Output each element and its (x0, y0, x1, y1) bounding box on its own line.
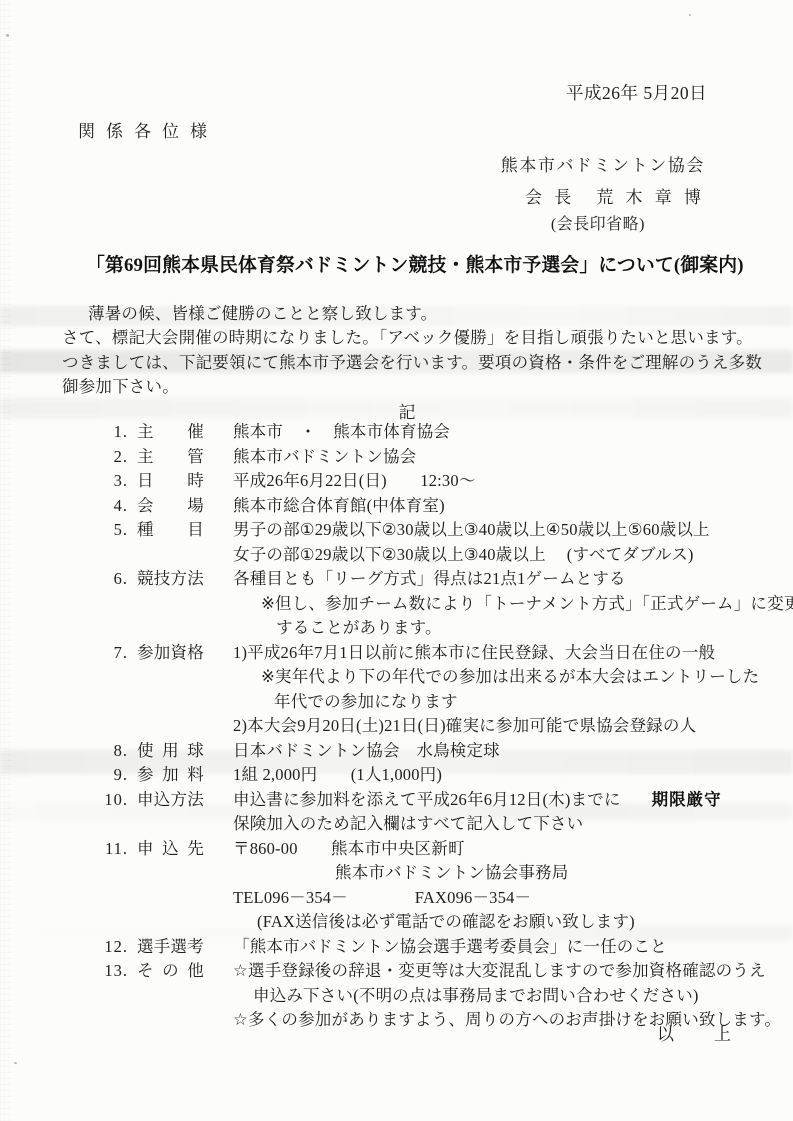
list-item: 5.種目男子の部①29歳以下②30歳以上③40歳以上④50歳以上⑤60歳以上女子… (0, 518, 793, 567)
item-number: 12. (0, 935, 128, 960)
item-line: (FAX送信後は必ず電話での確認をお願い致します) (257, 910, 793, 935)
sender-president: 会 長 荒 木 章 博 (501, 187, 705, 208)
item-number: 10. (0, 788, 128, 813)
item-content: 1組 2,000円 (1人1,000円) (233, 763, 793, 788)
item-number: 1. (0, 420, 128, 445)
item-content: 各種目とも「リーグ方式」得点は21点1ゲームとする※但し、参加チーム数により「ト… (233, 567, 793, 641)
list-item: 9.参加料1組 2,000円 (1人1,000円) (0, 763, 793, 788)
list-item: 6.競技方法各種目とも「リーグ方式」得点は21点1ゲームとする※但し、参加チーム… (0, 567, 793, 641)
item-line-text: 申込書に参加料を添えて平成26年6月12日(木)までに (233, 790, 621, 809)
list-item: 11.申込先〒860-00 熊本市中央区新町熊本市バドミントン協会事務局TEL0… (0, 837, 793, 935)
item-number: 13. (0, 959, 128, 984)
list-item: 3.日時平成26年6月22日(日) 12:30～ (0, 469, 793, 494)
item-line-text: ※但し、参加チーム数により「トーナメント方式」「正式ゲーム」に変更 (261, 594, 793, 613)
item-line: ※実年代より下の年代での参加は出来るが本大会はエントリーした (261, 665, 793, 690)
item-line-text: ※実年代より下の年代での参加は出来るが本大会はエントリーした (261, 667, 759, 686)
item-number: 5. (0, 518, 128, 543)
item-line: 〒860-00 熊本市中央区新町 (233, 837, 793, 862)
deadline-emphasis: 期限厳守 (652, 790, 722, 809)
item-number: 4. (0, 494, 128, 519)
item-line: 平成26年6月22日(日) 12:30～ (233, 469, 793, 494)
intro-line: つきましては、下記要領にて熊本市予選会を行います。要項の資格・条件をご理解のうえ… (62, 351, 762, 375)
item-label: 参加料 (137, 763, 204, 788)
item-label: 会場 (137, 494, 204, 519)
item-content: 1)平成26年7月1日以前に熊本市に住民登録、大会当日在住の一般※実年代より下の… (233, 641, 793, 739)
item-line-text: 〒860-00 熊本市中央区新町 (233, 839, 465, 858)
item-content: 「熊本市バドミントン協会選手選考委員会」に一任のこと (233, 935, 793, 960)
item-line: 熊本市 ・ 熊本市体育協会 (233, 420, 793, 445)
item-content: 男子の部①29歳以下②30歳以上③40歳以上④50歳以上⑤60歳以上女子の部①2… (233, 518, 793, 567)
item-line-text: TEL096－354－ FAX096－354－ (233, 888, 531, 907)
list-item: 8.使用球日本バドミントン協会 水鳥検定球 (0, 739, 793, 764)
item-number: 9. (0, 763, 128, 788)
item-line-text: することがあります。 (276, 618, 442, 637)
scan-speck (689, 14, 691, 16)
document-page: 平成26年 5月20日 関係各位様 熊本市バドミントン協会 会 長 荒 木 章 … (0, 0, 793, 1121)
item-line-text: 各種目とも「リーグ方式」得点は21点1ゲームとする (233, 569, 626, 588)
item-line: 保険加入のため記入欄はすべて記入して下さい (233, 812, 793, 837)
list-item: 4.会場熊本市総合体育館(中体育室) (0, 494, 793, 519)
item-line: 男子の部①29歳以下②30歳以上③40歳以上④50歳以上⑤60歳以上 (233, 518, 793, 543)
item-number: 3. (0, 469, 128, 494)
intro-line: 御参加下さい。 (62, 375, 762, 399)
item-line: 女子の部①29歳以下②30歳以上③40歳以上 (すべてダブルス) (233, 543, 793, 568)
item-line: することがあります。 (276, 616, 793, 641)
item-content: 平成26年6月22日(日) 12:30～ (233, 469, 793, 494)
item-label: 主管 (137, 445, 204, 470)
closing-mark: 以 上 (657, 1020, 733, 1045)
item-label: 使用球 (137, 739, 204, 764)
item-label: 主催 (137, 420, 204, 445)
item-line: 1)平成26年7月1日以前に熊本市に住民登録、大会当日在住の一般 (233, 641, 793, 666)
item-line-text: 熊本市バドミントン協会事務局 (335, 863, 568, 882)
item-label: その他 (137, 959, 204, 984)
item-label: 日時 (137, 469, 204, 494)
item-line: 日本バドミントン協会 水鳥検定球 (233, 739, 793, 764)
item-label: 選手選考 (137, 935, 204, 960)
item-line-text: 2)本大会9月20日(土)21日(日)確実に参加可能で県協会登録の人 (233, 716, 696, 735)
item-line: 熊本市バドミントン協会 (233, 445, 793, 470)
item-line-text: 「熊本市バドミントン協会選手選考委員会」に一任のこと (233, 937, 667, 956)
item-line: 各種目とも「リーグ方式」得点は21点1ゲームとする (233, 567, 793, 592)
item-number: 6. (0, 567, 128, 592)
item-line: 熊本市バドミントン協会事務局 (335, 861, 793, 886)
items-list: 1.主催熊本市 ・ 熊本市体育協会2.主管熊本市バドミントン協会3.日時平成26… (0, 420, 793, 1033)
list-item: 2.主管熊本市バドミントン協会 (0, 445, 793, 470)
list-item: 12.選手選考「熊本市バドミントン協会選手選考委員会」に一任のこと (0, 935, 793, 960)
item-content: 〒860-00 熊本市中央区新町熊本市バドミントン協会事務局TEL096－354… (233, 837, 793, 935)
item-label: 申込方法 (137, 788, 204, 813)
item-content: 熊本市バドミントン協会 (233, 445, 793, 470)
item-line-text: 熊本市 ・ 熊本市体育協会 (233, 422, 450, 441)
item-line: 申込み下さい(不明の点は事務局までお問い合わせください) (253, 984, 793, 1009)
item-line: 年代での参加になります (274, 690, 793, 715)
item-content: 熊本市 ・ 熊本市体育協会 (233, 420, 793, 445)
item-line-text: 保険加入のため記入欄はすべて記入して下さい (233, 814, 583, 833)
item-line-text: 熊本市バドミントン協会 (233, 447, 416, 466)
addressee: 関係各位様 (78, 117, 218, 142)
item-line-text: 平成26年6月22日(日) 12:30～ (233, 471, 476, 490)
sender-seal-note: (会長印省略) (501, 215, 705, 235)
item-line-text: ☆選手登録後の辞退・変更等は大変混乱しますので参加資格確認のうえ (233, 961, 766, 980)
document-title: 「第69回熊本県民体育祭バドミントン競技・熊本市予選会」について(御案内) (86, 250, 744, 277)
item-line: TEL096－354－ FAX096－354－ (233, 886, 793, 911)
item-number: 7. (0, 641, 128, 666)
item-line-text: 女子の部①29歳以下②30歳以上③40歳以上 (すべてダブルス) (233, 545, 694, 564)
item-line: ※但し、参加チーム数により「トーナメント方式」「正式ゲーム」に変更 (261, 592, 793, 617)
item-content: 熊本市総合体育館(中体育室) (233, 494, 793, 519)
item-label: 参加資格 (137, 641, 204, 666)
item-line: 熊本市総合体育館(中体育室) (233, 494, 793, 519)
list-item: 1.主催熊本市 ・ 熊本市体育協会 (0, 420, 793, 445)
scan-speck (6, 34, 9, 37)
item-line: 「熊本市バドミントン協会選手選考委員会」に一任のこと (233, 935, 793, 960)
item-number: 8. (0, 739, 128, 764)
list-item: 7.参加資格1)平成26年7月1日以前に熊本市に住民登録、大会当日在住の一般※実… (0, 641, 793, 739)
item-line: 2)本大会9月20日(土)21日(日)確実に参加可能で県協会登録の人 (233, 714, 793, 739)
item-line-text: 年代での参加になります (274, 692, 458, 711)
sender-block: 熊本市バドミントン協会 会 長 荒 木 章 博 (会長印省略) (501, 155, 705, 235)
list-item: 10.申込方法申込書に参加料を添えて平成26年6月12日(木)までに期限厳守保険… (0, 788, 793, 837)
item-label: 競技方法 (137, 567, 204, 592)
item-content: 申込書に参加料を添えて平成26年6月12日(木)までに期限厳守保険加入のため記入… (233, 788, 793, 837)
item-line-text: 1)平成26年7月1日以前に熊本市に住民登録、大会当日在住の一般 (233, 643, 715, 662)
item-line: 申込書に参加料を添えて平成26年6月12日(木)までに期限厳守 (233, 788, 793, 813)
item-line-text: 申込み下さい(不明の点は事務局までお問い合わせください) (253, 986, 699, 1005)
item-line-text: 日本バドミントン協会 水鳥検定球 (233, 741, 500, 760)
sender-org: 熊本市バドミントン協会 (501, 155, 705, 176)
item-line-text: 熊本市総合体育館(中体育室) (233, 496, 445, 515)
item-content: 日本バドミントン協会 水鳥検定球 (233, 739, 793, 764)
item-line-text: 1組 2,000円 (1人1,000円) (233, 765, 442, 784)
item-line: 1組 2,000円 (1人1,000円) (233, 763, 793, 788)
item-number: 11. (0, 837, 128, 862)
intro-line: さて、標記大会開催の時期になりました。「アベック優勝」を目指し頑張りたいと思いま… (62, 326, 762, 350)
intro-line: 薄暑の候、皆様ご健勝のことと察し致します。 (62, 302, 762, 326)
intro-paragraph: 薄暑の候、皆様ご健勝のことと察し致します。さて、標記大会開催の時期になりました。… (62, 302, 762, 400)
item-line-text: (FAX送信後は必ず電話での確認をお願い致します) (257, 912, 635, 931)
scan-speck (14, 1062, 17, 1064)
item-label: 種目 (137, 518, 204, 543)
item-number: 2. (0, 445, 128, 470)
date: 平成26年 5月20日 (566, 80, 707, 105)
item-line-text: 男子の部①29歳以下②30歳以上③40歳以上④50歳以上⑤60歳以上 (233, 520, 710, 539)
item-label: 申込先 (137, 837, 204, 862)
item-line: ☆選手登録後の辞退・変更等は大変混乱しますので参加資格確認のうえ (233, 959, 793, 984)
